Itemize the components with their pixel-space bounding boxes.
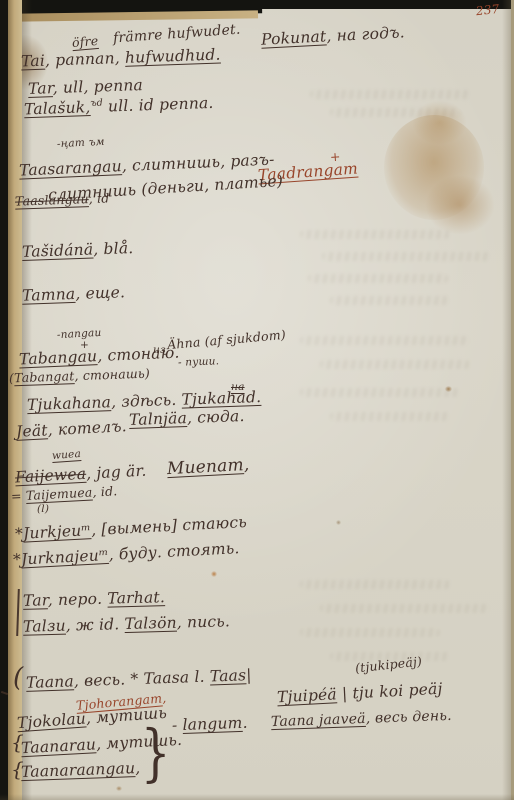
- gloss: langum: [182, 714, 243, 734]
- headword: Taasarangau: [19, 157, 122, 179]
- bleed-through-text: [300, 336, 470, 345]
- gloss: , ull, penna: [52, 76, 143, 97]
- gloss: , blå.: [93, 239, 134, 258]
- gloss: Tarhat.: [107, 588, 165, 608]
- entry-iz: из: [153, 345, 166, 357]
- gloss: Talзön: [124, 614, 177, 633]
- headword: Tar: [23, 591, 48, 610]
- gloss: |: [246, 666, 252, 684]
- gloss: , id: [88, 190, 109, 206]
- entry-jurkjeu: *Jurkjeuᵐ, [вымень] стаюсь: [15, 514, 248, 543]
- headword: Jurknajeuᵐ: [21, 546, 110, 569]
- entry-taana-jaavea: Taana jaaveä, весь день.: [271, 709, 452, 731]
- gloss: Taas: [210, 666, 247, 685]
- bleed-through-text: [300, 580, 450, 589]
- headword: Jurkjeuᵐ: [23, 521, 92, 543]
- entry-tjuipea: Tjuipéä | tju koi peäj: [277, 681, 443, 707]
- gloss: , еще.: [75, 283, 125, 303]
- headword: Tabangau: [19, 347, 98, 368]
- bleed-through-text: [310, 90, 470, 99]
- entry-muenam: Muenam,: [167, 456, 250, 479]
- entry-pushi: - пуши.: [178, 356, 220, 369]
- entry-taanaraangau: Taanaraangau,: [21, 760, 141, 781]
- gloss: .: [242, 714, 248, 732]
- bleed-through-text: [308, 274, 448, 283]
- entry-ahna: Ähna (af sjukdom): [167, 328, 287, 352]
- bleed-through-text: [330, 296, 450, 305]
- headword: Tjuipéä: [277, 685, 338, 706]
- headword: Taana: [26, 672, 74, 692]
- gloss: , pannan,: [45, 49, 126, 70]
- gloss: främre hufwudet.: [113, 22, 241, 47]
- headword: Tjokolau: [17, 709, 87, 732]
- bleed-through-text: [300, 230, 450, 239]
- page-number: 237: [475, 3, 500, 19]
- entry-jurknajeu: *Jurknajeuᵐ, буду. стоять.: [13, 540, 240, 569]
- headword: Talзu: [23, 617, 66, 636]
- gloss: , [вымень] стаюсь: [91, 513, 248, 539]
- entry-wuea-insertion: wuea: [52, 449, 82, 463]
- gloss: ,: [243, 455, 250, 475]
- entry-taasarangau-superscript: -ңam ъм: [57, 137, 105, 151]
- entry-framre: främre hufwudet.: [113, 23, 241, 47]
- headword: Jeät: [16, 421, 49, 441]
- headword: Tar: [28, 79, 53, 98]
- gloss: , на годъ.: [326, 23, 405, 45]
- gloss: Tjukahad.: [181, 388, 261, 409]
- headword: Tjukahana: [27, 393, 112, 414]
- gloss: , весь день.: [365, 708, 452, 727]
- bleed-through-text: [330, 412, 450, 421]
- manuscript-page: 237 främre hufwudet. öfre Tai, pannan, h…: [0, 0, 514, 800]
- bleed-through-text: [322, 252, 490, 261]
- entry-taaslangau: Taaslangau, id: [15, 191, 110, 208]
- entry-talnjaa: Talnjäa, сюда.: [129, 408, 245, 429]
- headword: Tamna: [22, 285, 76, 305]
- headword: Muenam: [167, 455, 245, 479]
- headword: Taanarau: [21, 735, 97, 757]
- gloss: , весь. * Taasa l.: [74, 668, 211, 691]
- gloss: , здѣсь.: [111, 391, 182, 411]
- headword: Taaslangau: [15, 191, 89, 209]
- gloss: , jag är.: [86, 462, 147, 483]
- headword: Faijewea: [15, 465, 87, 487]
- book-spine: [0, 0, 8, 800]
- gloss: ,: [135, 759, 141, 777]
- grouping-brace: }: [141, 716, 171, 789]
- entry-tasidana: Tašidánä, blå.: [22, 240, 134, 261]
- paper-speck: [336, 520, 341, 525]
- entry-tabangat: (Tabangat, стонашь): [9, 367, 150, 386]
- paper-speck: [445, 386, 452, 392]
- gloss: из: [153, 344, 166, 356]
- gloss: , котелъ.: [47, 417, 127, 439]
- headword: Talašuk,: [24, 98, 91, 118]
- gloss: hufwudhud.: [125, 46, 221, 67]
- paper-stain: [425, 175, 495, 235]
- entry-faijewea: Faijewea, jag är.: [15, 463, 147, 487]
- entry-ofre-insertion: öfre: [71, 34, 98, 50]
- gloss: , id.: [92, 483, 118, 499]
- bleed-through-text: [320, 360, 470, 369]
- entry-tamna: Tamna, еще.: [22, 284, 126, 305]
- gloss: , стонашь): [74, 366, 150, 384]
- entry-taijemuea: = Taijemuea, id.: [11, 484, 118, 503]
- entry-taana: Taana, весь. * Taasa l. Taas|: [26, 667, 252, 692]
- entry-taadrangam-plus: +: [330, 150, 342, 164]
- entry-jeat: Jeät, котелъ.: [16, 418, 128, 441]
- bleed-through-text: [300, 628, 440, 637]
- gloss: öfre: [71, 33, 99, 50]
- gloss: , слитнишь, разъ-: [121, 150, 274, 175]
- entry-tar-ull: Tar, ull, penna: [28, 77, 144, 98]
- gloss: , перо.: [47, 590, 107, 610]
- headword: Tai: [21, 52, 46, 71]
- entry-talasuk: Talašuk,ъd ull. id penna.: [24, 95, 214, 119]
- margin-paren-mark: (: [13, 663, 23, 693]
- gloss: - пуши.: [178, 355, 220, 368]
- correction-word: wuea: [52, 448, 82, 462]
- gloss: | tju koi peäj: [336, 680, 443, 704]
- headword: Taanaraangau: [21, 759, 136, 781]
- entry-jurkjeu-superscript: (l): [37, 504, 49, 516]
- headword: Pokunat: [261, 27, 327, 48]
- bleed-through-text: [300, 388, 460, 397]
- correction-mark: +: [329, 149, 341, 165]
- superscript-note: (l): [37, 503, 49, 515]
- page-edge-bottom: [0, 794, 514, 800]
- headword: Taijemuea: [25, 485, 92, 503]
- headword: Tašidánä: [22, 240, 94, 260]
- superscript-note: ъd: [90, 98, 103, 109]
- paper-speck: [116, 786, 122, 791]
- reference-mark: =: [11, 488, 27, 504]
- entry-talbu: Talзu, ж id. Talзön, пись.: [23, 613, 230, 635]
- entry-pokunat: Pokunat, на годъ.: [261, 24, 406, 49]
- paper-stain: [412, 100, 467, 145]
- paper-speck: [211, 571, 217, 577]
- entry-langum: - langum.: [172, 715, 248, 735]
- gloss: Ähna (af sjukdom): [167, 327, 287, 352]
- superscript-note: -ңam ъм: [57, 136, 105, 150]
- entry-tai: Tai, pannan, hufwudhud.: [21, 47, 221, 71]
- entry-tar-pero: Tar, перо. Tarhat.: [23, 589, 165, 610]
- gloss: , буду. стоять.: [108, 539, 240, 564]
- headword: Taana jaaveä: [271, 711, 366, 730]
- gloss: , пись.: [177, 612, 231, 631]
- headword: Talnjäa: [129, 409, 188, 429]
- gloss: , сюда.: [187, 407, 245, 427]
- gloss: ull. id penna.: [103, 94, 214, 116]
- headword: Tabangat: [14, 368, 75, 385]
- bleed-through-text: [320, 604, 490, 613]
- gloss: , ж id.: [66, 615, 125, 635]
